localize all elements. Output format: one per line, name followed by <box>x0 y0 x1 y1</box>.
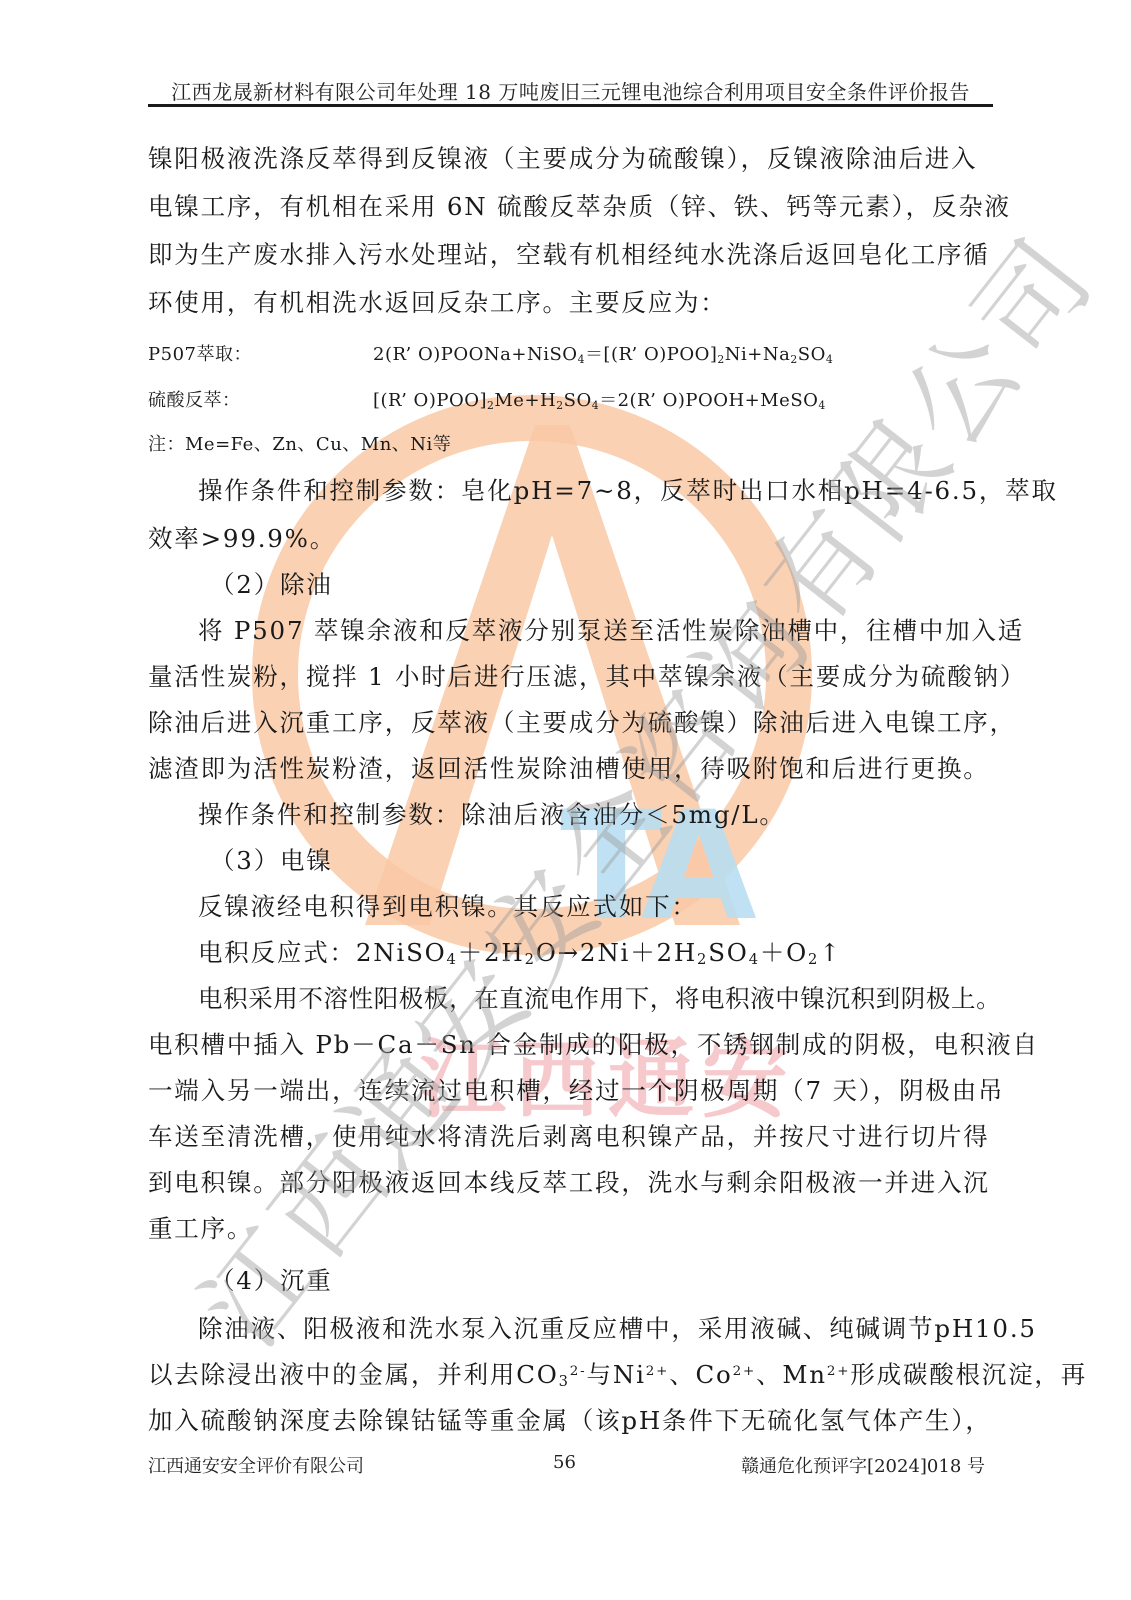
reaction-equation: 2(R’ O)POONa+NiSO4＝[(R’ O)POO]2Ni+Na2SO4 <box>373 340 833 366</box>
paragraph-line: 电镍工序，有机相在采用 6N 硫酸反萃杂质（锌、铁、钙等元素），反杂液 <box>148 188 1011 223</box>
operating-parameters: 效率>99.9%。 <box>148 520 336 555</box>
section-heading: （2）除油 <box>148 566 333 601</box>
paragraph-line: 即为生产废水排入污水处理站，空载有机相经纯水洗涤后返回皂化工序循 <box>148 236 990 271</box>
reaction-label: P507萃取： <box>148 340 252 366</box>
paragraph-line: 电积槽中插入 Pb－Ca－Sn 合金制成的阳极，不锈钢制成的阴极，电积液自 <box>148 1026 1039 1061</box>
reaction-note: 注：Me=Fe、Zn、Cu、Mn、Ni等 <box>148 430 451 456</box>
page-header-title: 江西龙晟新材料有限公司年处理 18 万吨废旧三元锂电池综合利用项目安全条件评价报… <box>148 76 993 105</box>
header-divider <box>148 104 993 107</box>
footer-company: 江西通安安全评价有限公司 <box>148 1452 364 1478</box>
paragraph-line: 镍阳极液洗涤反萃得到反镍液（主要成分为硫酸镍），反镍液除油后进入 <box>148 140 977 175</box>
document-number: 赣通危化预评字[2024]018 号 <box>741 1452 985 1478</box>
paragraph-line: 环使用，有机相洗水返回反杂工序。主要反应为： <box>148 284 727 319</box>
page-number: 56 <box>553 1452 576 1473</box>
paragraph-line: 将 P507 萃镍余液和反萃液分别泵送至活性炭除油槽中，往槽中加入适 <box>148 612 1024 647</box>
section-heading: （3）电镍 <box>148 842 333 877</box>
reaction-equation: [(R’ O)POO]2Me+H2SO4＝2(R’ O)POOH+MeSO4 <box>373 386 826 412</box>
reaction-label: 硫酸反萃： <box>148 386 241 412</box>
paragraph-line: 加入硫酸钠深度去除镍钴锰等重金属（该pH条件下无硫化氢气体产生）， <box>148 1402 992 1437</box>
page-footer: 江西通安安全评价有限公司 56 赣通危化预评字[2024]018 号 <box>148 1452 993 1478</box>
paragraph-line: 量活性炭粉，搅拌 1 小时后进行压滤，其中萃镍余液（主要成分为硫酸钠） <box>148 658 1026 693</box>
paragraph-line: 一端入另一端出，连续流过电积槽，经过一个阴极周期（7 天），阴极由吊 <box>148 1072 1004 1107</box>
